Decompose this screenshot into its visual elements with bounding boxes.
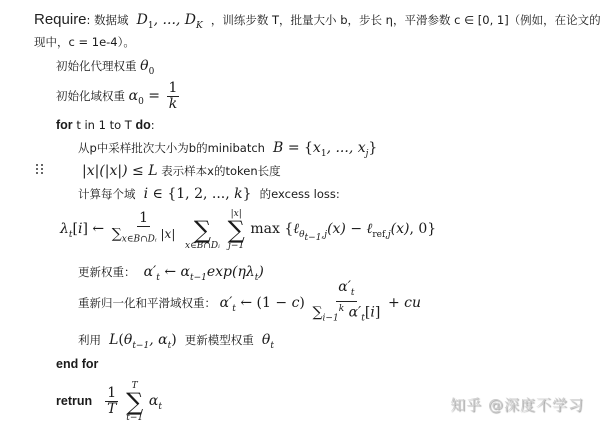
keyword-return: retrun (56, 394, 92, 408)
step-init-domain: 初始化域权重 α0 = 1 k (56, 78, 181, 120)
for-loop-header: for t in 1 to T do: (56, 117, 155, 133)
keyword-for: for (56, 118, 73, 132)
return-line: retrun 1 T T∑t−1 αt (56, 378, 162, 429)
step-init-proxy: 初始化代理权重 θ0 (56, 58, 154, 80)
keyword-do: do (135, 118, 150, 132)
formula-lambda: λt[i] ← 1 ∑x∈B∩Dᵢ |x| ∑x∈B∩Dᵢ |x|∑j−1 ma… (60, 207, 436, 260)
step-renormalize: 重新归一化和平滑域权重： α′t ← (1 − c) α′t ∑i−1k α′t… (78, 280, 421, 332)
step-sample-minibatch: 从p中采样批次大小为b的minibatch B = {x1, ..., xj} (78, 140, 377, 162)
keyword-end-for: end for (56, 357, 98, 371)
step-update-model: 利用 L(θt−1, αt) 更新模型权重 θt (78, 332, 274, 354)
fraction-one-over-k: 1 k (167, 81, 180, 112)
require-label: Require (34, 11, 87, 28)
math-theta0: θ0 (140, 58, 154, 74)
math-domains: D1, ..., DK (132, 12, 207, 28)
step-token-length: |x|(|x|) ≤ L 表示样本x的token长度 (82, 163, 281, 179)
watermark: 知乎 @深度不学习 (450, 394, 584, 415)
end-for: end for (56, 356, 98, 372)
require-line: Require: 数据域 D1, ..., DK ，训练步数 T，批量大小 b，… (34, 12, 600, 34)
drag-handle-icon[interactable] (36, 164, 44, 174)
require-line-cont: 现中，c = 1e-4）。 (34, 34, 135, 50)
step-excess-loss: 计算每个域 i ∈ {1, 2, ..., k} 的excess loss: (78, 186, 340, 202)
